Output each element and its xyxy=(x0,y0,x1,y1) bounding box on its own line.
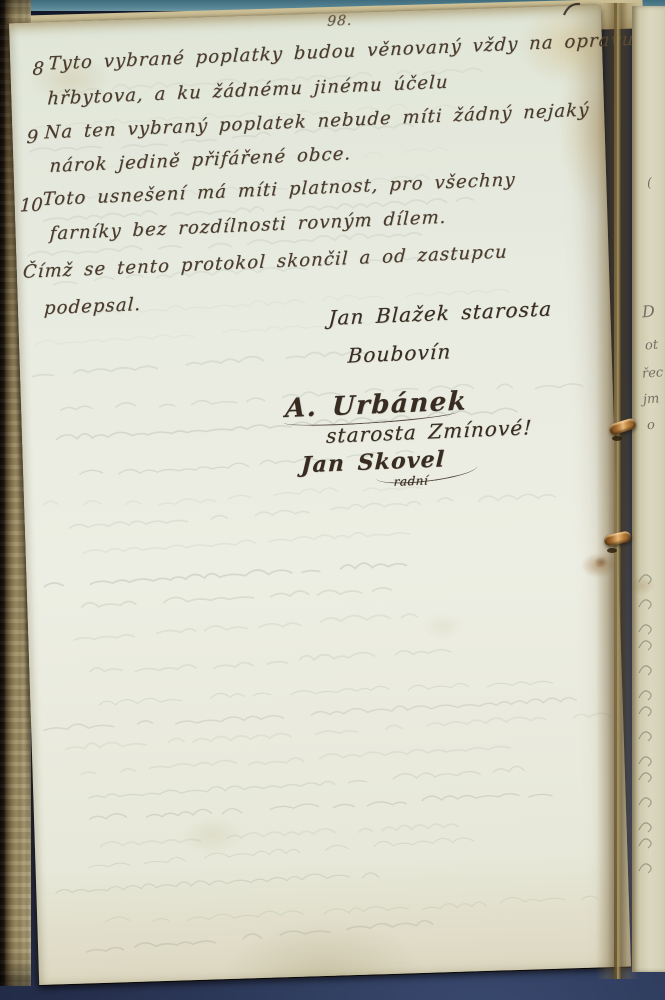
closing-line-2: podepsal. xyxy=(44,294,142,319)
manuscript-left-page: 98. 8 Tyto vybrané poplatky budou věnova… xyxy=(9,5,631,985)
entry-8-line-1: Tyto vybrané poplatky budou věnovaný vžd… xyxy=(48,29,635,75)
entry-10-number: 10 xyxy=(19,194,43,216)
binding-hole-shadow xyxy=(612,436,622,441)
stray-ink-mark xyxy=(560,0,590,18)
signature-1-place: Boubovín xyxy=(347,339,452,367)
entry-9-line-2: nárok jedině přifářené obce. xyxy=(49,143,352,177)
page-number: 98. xyxy=(327,13,353,30)
facing-page-text-fragment: ot xyxy=(644,338,658,354)
photograph-of-manuscript: 98. 8 Tyto vybrané poplatky budou věnova… xyxy=(0,0,665,1000)
entry-10-line-1: Toto usnešení má míti platnost, pro všec… xyxy=(42,169,516,210)
signature-1-name: Jan Blažek starosta xyxy=(328,296,553,329)
entry-9-number: 9 xyxy=(26,127,38,149)
facing-page-faint-strokes xyxy=(632,6,665,972)
entry-8-number: 8 xyxy=(32,58,44,80)
facing-page-text-fragment: ( xyxy=(646,176,652,191)
facing-page-sliver: ( D ot řec jm o xyxy=(632,6,665,972)
gutter-crease-line xyxy=(614,3,617,979)
facing-page-text-fragment: řec xyxy=(642,365,664,381)
binding-hole-shadow xyxy=(607,548,617,553)
entry-10-line-2: farníky bez rozdílnosti rovným dílem. xyxy=(49,207,447,245)
entry-8-line-2: hřbytova, a ku žádnému jinému účelu xyxy=(47,72,449,110)
facing-page-text-fragment: o xyxy=(646,418,655,434)
closing-line-1: Čímž se tento protokol skončil a od zast… xyxy=(22,241,508,282)
facing-page-text-fragment: D xyxy=(641,302,655,322)
facing-page-text-fragment: jm xyxy=(642,391,659,407)
